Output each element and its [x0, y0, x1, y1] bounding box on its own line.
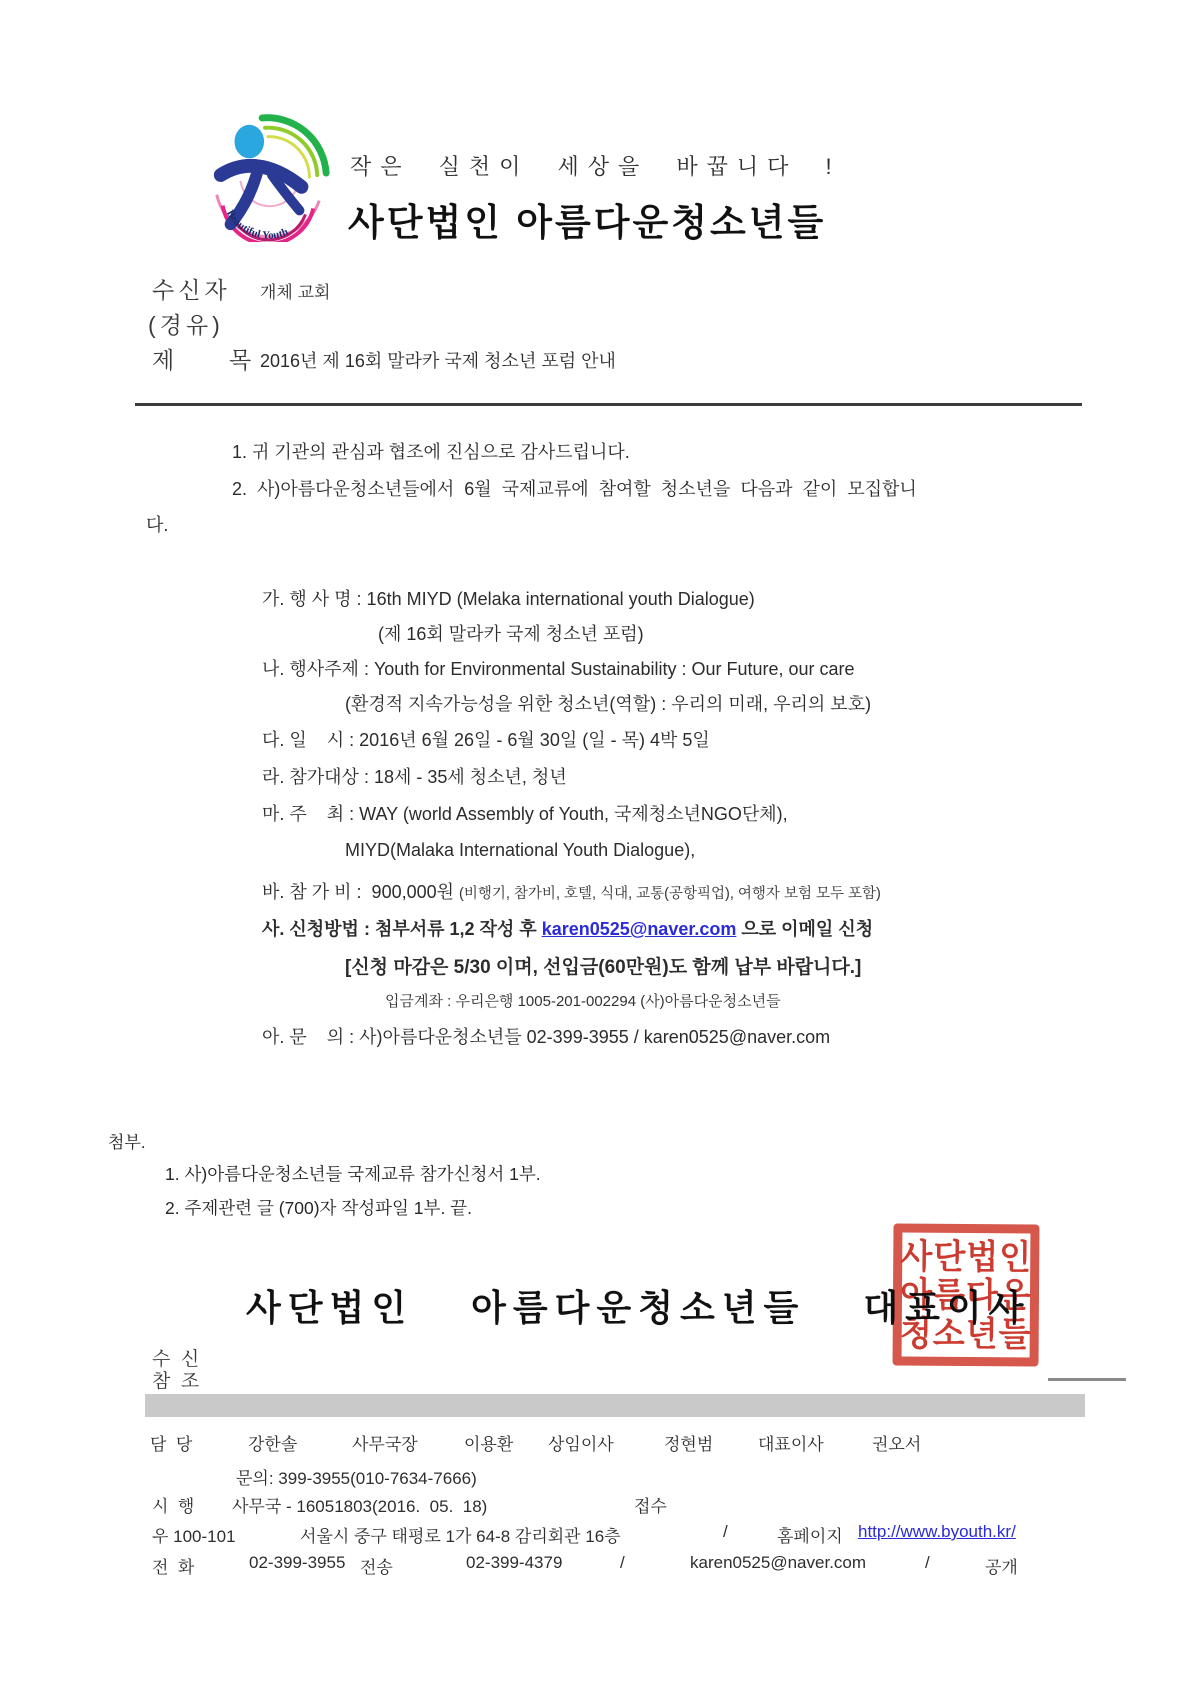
document-page: Beautiful Youth 작은 실천이 세상을 바꿉니다 ! 사단법인 아…: [0, 0, 1200, 1695]
apply-method-suffix: 으로 이메일 신청: [736, 919, 873, 939]
receipt-label: 접수: [634, 1492, 667, 1517]
staff-role-samugukjang: 사무국장: [352, 1430, 418, 1455]
detail-contact: 아. 문 의 : 사)아름다운청소년들 02-399-3955 / karen0…: [262, 1023, 830, 1049]
detail-fee-note: (비행기, 참가비, 호텔, 식대, 교통(공항픽업), 여행자 보험 모두 포…: [459, 886, 881, 902]
header-divider-rule: [135, 403, 1082, 406]
detail-host-cont: MIYD(Malaka International Youth Dialogue…: [345, 840, 695, 861]
fax-value: 02-399-4379: [466, 1553, 562, 1573]
via-label: (경유): [148, 307, 224, 340]
dispatch-value: 사무국 - 16051803(2016. 05. 18): [232, 1492, 487, 1517]
seal-line-2: 아름다운: [900, 1277, 1032, 1312]
detail-host: 마. 주 최 : WAY (world Assembly of Youth, 국…: [262, 800, 788, 826]
seal-line-1: 사단법인: [900, 1239, 1032, 1274]
separator-slash-1: /: [723, 1522, 728, 1542]
fax-label: 전송: [360, 1553, 393, 1578]
inquiry-phone-line: 문의: 399-3955(010-7634-7666): [236, 1464, 477, 1489]
staff-role-damdang: 담 당: [150, 1430, 192, 1455]
separator-slash-2: /: [620, 1553, 625, 1573]
detail-event-name: 가. 행 사 명 : 16th MIYD (Melaka internation…: [262, 585, 755, 611]
attachments-title: 첨부.: [108, 1128, 146, 1153]
detail-eligibility: 라. 참가대상 : 18세 - 35세 청소년, 청년: [262, 763, 567, 789]
detail-apply-method: 사. 신청방법 : 첨부서류 1,2 작성 후 karen0525@naver.…: [262, 915, 873, 941]
body-paragraph-2: 2. 사)아름다운청소년들에서 6월 국제교류에 참여할 청소년을 다음과 같이…: [232, 475, 917, 501]
apply-method-prefix: 사. 신청방법 : 첨부서류 1,2 작성 후: [262, 919, 542, 939]
homepage-label: 홈페이지: [777, 1522, 843, 1547]
staff-name-jeonghyeonbeom: 정현범: [664, 1430, 713, 1455]
telephone-label: 전 화: [152, 1553, 194, 1578]
beautiful-youth-logo-icon: Beautiful Youth: [203, 112, 333, 242]
recipient-value: 개체 교회: [260, 278, 330, 303]
footer-email: karen0525@naver.com: [690, 1553, 866, 1573]
subject-value: 2016년 제 16회 말라카 국제 청소년 포럼 안내: [260, 347, 616, 373]
detail-event-date: 다. 일 시 : 2016년 6월 26일 - 6월 30일 (일 - 목) 4…: [262, 726, 710, 752]
disclosure-label: 공개: [985, 1553, 1018, 1578]
staff-name-kwonoseo: 권오서: [872, 1430, 921, 1455]
staff-role-sangimisa: 상임이사: [548, 1430, 614, 1455]
staff-role-daepyoisa: 대표이사: [758, 1430, 824, 1455]
detail-event-name-korean: (제 16회 말라카 국제 청소년 포럼): [378, 620, 644, 646]
footer-gray-band: [145, 1394, 1085, 1417]
apply-deadline-note: [신청 마감은 5/30 이며, 선입금(60만원)도 함께 납부 바랍니다.]: [345, 952, 861, 979]
detail-event-theme: 나. 행사주제 : Youth for Environmental Sustai…: [262, 655, 855, 681]
attachment-item-2: 2. 주제관련 글 (700)자 작성파일 1부. 끝.: [165, 1195, 472, 1220]
homepage-link[interactable]: http://www.byouth.kr/: [858, 1522, 1016, 1542]
separator-slash-3: /: [925, 1553, 930, 1573]
logo-caption: Beautiful Youth: [224, 208, 290, 242]
body-paragraph-2-continuation: 다.: [146, 511, 168, 537]
address-value: 서울시 중구 태평로 1가 64-8 감리회관 16층: [300, 1522, 621, 1547]
bank-account-line: 입금계좌 : 우리은행 1005-201-002294 (사)아름다운청소년들: [385, 990, 781, 1011]
slogan-text: 작은 실천이 세상을 바꿉니다 !: [350, 150, 841, 181]
corporate-seal: 사단법인 아름다운 청소년들: [893, 1223, 1040, 1366]
attachment-item-1: 1. 사)아름다운청소년들 국제교류 참가신청서 1부.: [165, 1161, 541, 1186]
body-paragraph-1: 1. 귀 기관의 관심과 협조에 진심으로 감사드립니다.: [232, 438, 630, 464]
organization-name: 사단법인 아름다운청소년들: [348, 192, 826, 246]
svg-text:Beautiful Youth: Beautiful Youth: [224, 208, 290, 242]
staff-name-leeyonghwan: 이용환: [464, 1430, 513, 1455]
postal-code-label: 우 100-101: [152, 1522, 236, 1547]
seal-side-line: [1048, 1378, 1126, 1381]
cc-reference-label: 참 조: [152, 1366, 199, 1393]
detail-event-theme-korean: (환경적 지속가능성을 위한 청소년(역할) : 우리의 미래, 우리의 보호): [345, 690, 871, 716]
detail-fee: 바. 참 가 비 : 900,000원 (비행기, 참가비, 호텔, 식대, 교…: [262, 878, 881, 904]
subject-label: 제 목: [152, 342, 265, 375]
telephone-value: 02-399-3955: [249, 1553, 345, 1573]
dispatch-label: 시 행: [152, 1492, 194, 1517]
seal-line-3: 청소년들: [900, 1316, 1032, 1351]
detail-fee-amount: 바. 참 가 비 : 900,000원: [262, 882, 459, 902]
recipient-label: 수신자: [152, 272, 231, 305]
apply-email-link[interactable]: karen0525@naver.com: [542, 919, 737, 939]
staff-name-kanghansol: 강한솔: [248, 1430, 297, 1455]
